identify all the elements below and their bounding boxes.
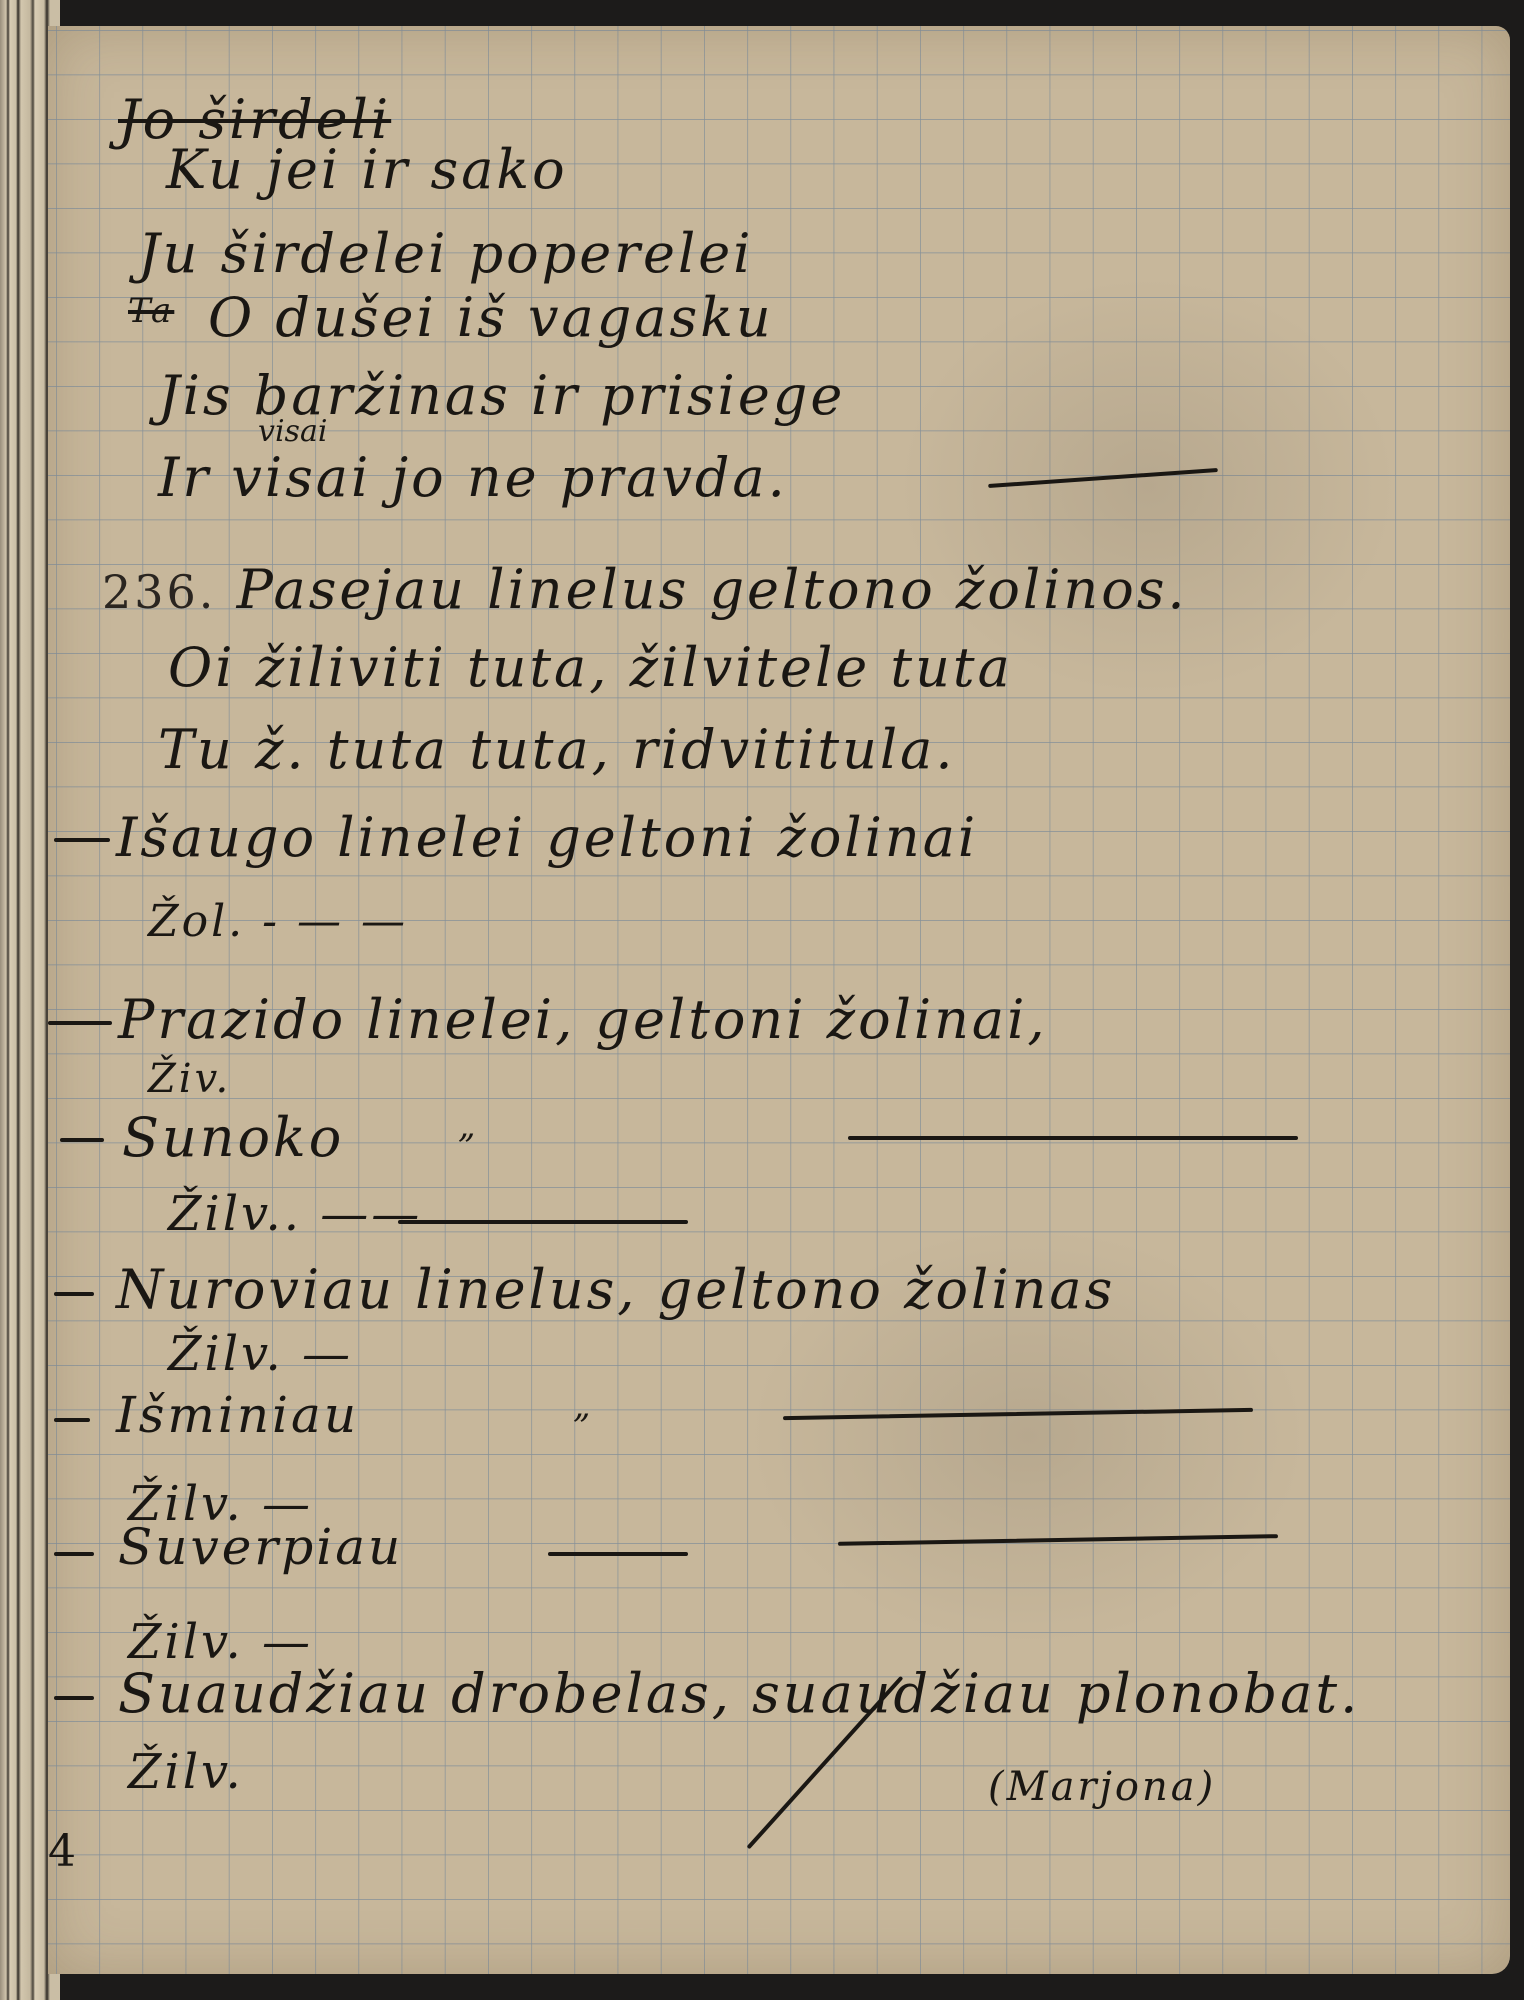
stanza-refrain: Žol. - — — (148, 896, 408, 947)
refrain-line-1: Oi žiliviti tuta, žilvitele tuta (168, 636, 1013, 699)
song-title-line: 236. Pasejau linelus geltono žolinos. (102, 558, 1188, 621)
stanza-dash (54, 1292, 94, 1296)
stanza-line: Nuroviau linelus, geltono žolinas (116, 1258, 1115, 1321)
notebook-page: Jo širdeli Ku jei ir sako Ju širdelei po… (48, 26, 1510, 1974)
stanza-dash (48, 1021, 112, 1025)
informant-name: (Marjona) (988, 1764, 1216, 1810)
stanza-refrain: Žilv. — (168, 1326, 353, 1382)
verse-line-1: Ku jei ir sako (166, 138, 568, 201)
stanza-refrain: Žilv.. —— (168, 1186, 422, 1242)
stanza-dash (54, 1552, 94, 1556)
stanza-line: Išminiau (116, 1386, 359, 1444)
ditto-dash (548, 1552, 688, 1556)
verse-line-3: O dušei iš vagasku (208, 286, 774, 349)
stanza-line: Suaudžiau drobelas, suaudžiau plonobat. (118, 1662, 1360, 1725)
refrain-line-2: Tu ž. tuta tuta, ridvititula. (158, 718, 956, 781)
ditto-mark: „ (573, 1386, 594, 1426)
stanza-dash (60, 1138, 104, 1142)
struck-prefix: Ta (128, 291, 174, 331)
stanza-refrain: Žilv. (128, 1744, 244, 1800)
song-title: Pasejau linelus geltono žolinos. (237, 558, 1188, 621)
stanza-line: Sunoko (122, 1106, 344, 1169)
ditto-mark: „ (458, 1106, 479, 1146)
stanza-dash (54, 1418, 90, 1422)
stanza-refrain: Živ. (148, 1056, 231, 1102)
song-number: 236. (102, 565, 216, 619)
inserted-word: visai (258, 414, 327, 449)
stanza-line: Išaugo linelei geltoni žolinai (116, 806, 978, 869)
refrain-dash (398, 1220, 688, 1224)
stanza-line: Prazido linelei, geltoni žolinai, (118, 988, 1048, 1051)
verse-line-2: Ju širdelei poperelei (138, 222, 753, 285)
paper-stain (898, 276, 1398, 696)
margin-mark: 4 (48, 1826, 79, 1877)
stanza-dash (54, 1696, 94, 1700)
verse-line-5: Ir visai jo ne pravda. (158, 446, 788, 509)
stanza-dash (54, 838, 110, 842)
ditto-dash (848, 1136, 1298, 1140)
stanza-line: Suverpiau (118, 1518, 403, 1576)
